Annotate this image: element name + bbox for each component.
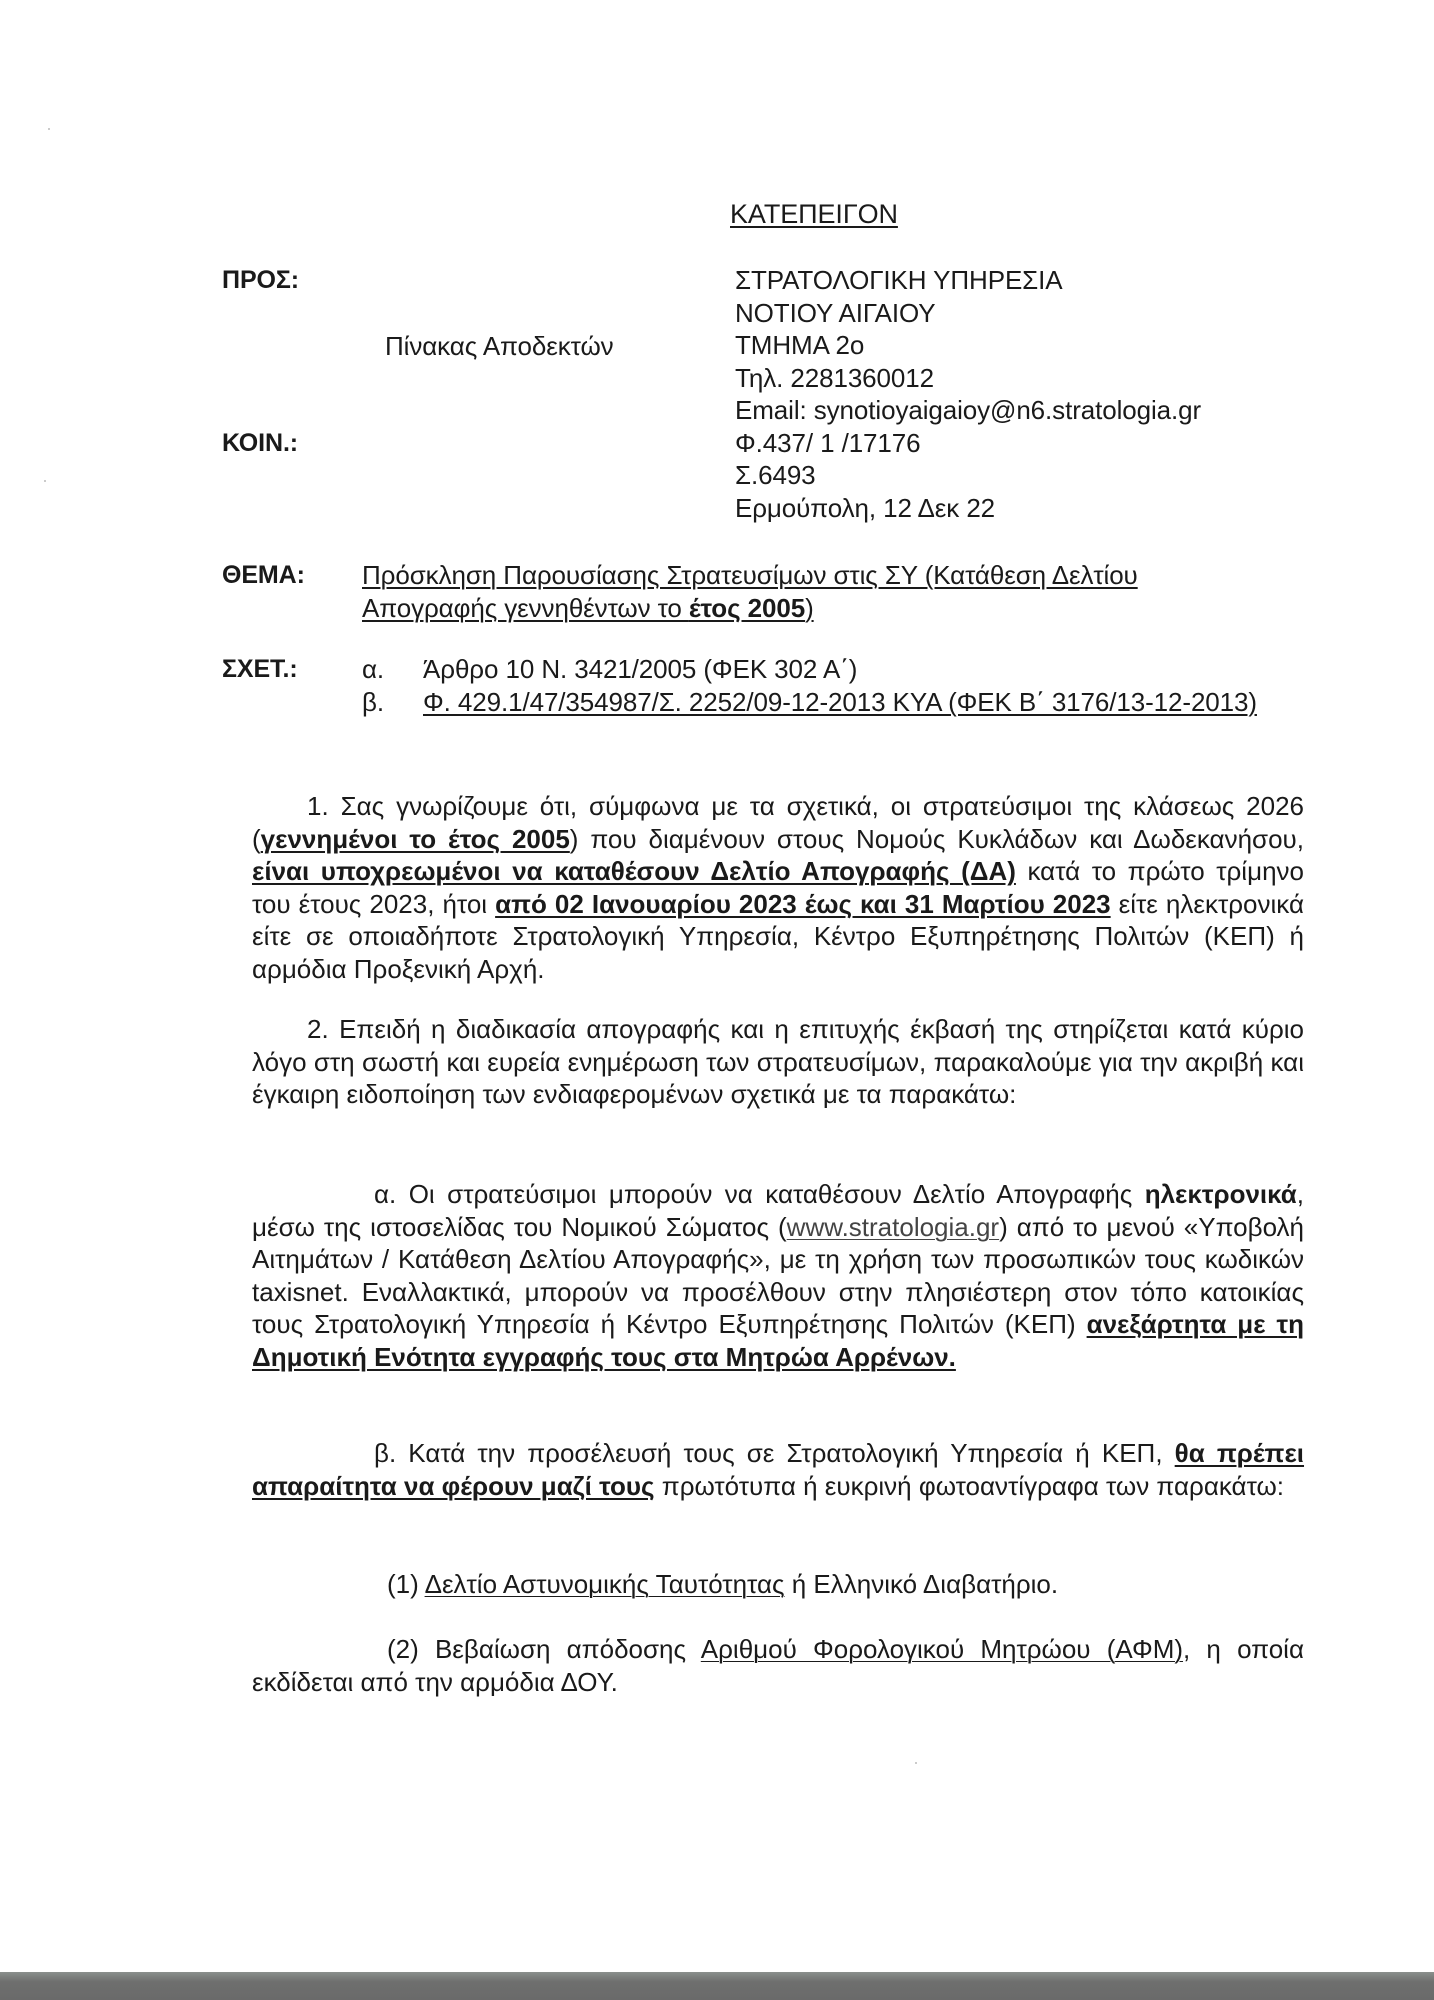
document-item-2: (2) Βεβαίωση απόδοσης Αριθμού Φορολογικο… (252, 1633, 1304, 1698)
text: ) που διαμένουν στους Νομούς Κυκλάδων κα… (570, 824, 1304, 854)
paragraph-a: α. Οι στρατεύσιμοι μπορούν να καταθέσουν… (252, 1178, 1304, 1374)
related-item-mark: β. (362, 686, 384, 718)
related-item-mark: α. (362, 653, 384, 685)
paragraph-1: 1. Σας γνωρίζουμε ότι, σύμφωνα με τα σχε… (252, 790, 1304, 986)
recipients-list: Πίνακας Αποδεκτών (385, 330, 614, 362)
paragraph-2: 2. Επειδή η διαδικασία απογραφής και η ε… (252, 1013, 1304, 1111)
sender-department: ΤΜΗΜΑ 2ο (735, 329, 1201, 362)
sender-region: ΝΟΤΙΟΥ ΑΙΓΑΙΟΥ (735, 297, 1201, 330)
subject-year: έτος 2005 (689, 593, 805, 623)
sender-service: ΣΤΡΑΤΟΛΟΓΙΚΗ ΥΠΗΡΕΣΙΑ (735, 264, 1201, 297)
subject-text-part2: ) (805, 593, 814, 623)
text: α. Οι στρατεύσιμοι μπορούν να καταθέσουν… (374, 1179, 1145, 1209)
paragraph-b: β. Κατά την προσέλευσή τους σε Στρατολογ… (252, 1437, 1304, 1502)
text: β. Κατά την προσέλευσή τους σε Στρατολογ… (374, 1438, 1175, 1468)
id-card: Δελτίο Αστυνομικής Ταυτότητας (425, 1569, 785, 1599)
sender-block: ΣΤΡΑΤΟΛΟΓΙΚΗ ΥΠΗΡΕΣΙΑ ΝΟΤΙΟΥ ΑΙΓΑΙΟΥ ΤΜΗ… (735, 264, 1201, 524)
text: ή Ελληνικό Διαβατήριο. (785, 1569, 1059, 1599)
subject-label: ΘΕΜΑ: (222, 559, 305, 591)
emphasis-birth-year: γεννημένοι το έτος 2005 (261, 824, 570, 854)
related-item-law: Άρθρο 10 Ν. 3421/2005 (ΦΕΚ 302 Α΄) (423, 653, 1263, 686)
text: πρωτότυπα ή ευκρινή φωτοαντίγραφα των πα… (655, 1471, 1284, 1501)
place-date: Ερμούπολη, 12 Δεκ 22 (735, 492, 1201, 525)
emphasis-electronically: ηλεκτρονικά (1145, 1179, 1297, 1209)
to-label: ΠΡΟΣ: (222, 264, 299, 296)
related-label: ΣΧΕΤ.: (222, 653, 298, 685)
item-number: (1) (387, 1569, 425, 1599)
related-item-decision: Φ. 429.1/47/354987/Σ. 2252/09-12-2013 ΚΥ… (423, 686, 1263, 719)
scanner-edge-band (0, 1972, 1434, 2000)
cc-label: ΚΟΙΝ.: (222, 427, 298, 459)
file-reference: Φ.437/ 1 /17176 (735, 427, 1201, 460)
sender-email: Email: synotioyaigaioy@n6.stratologia.gr (735, 394, 1201, 427)
urgent-heading: ΚΑΤΕΠΕΙΓΟΝ (730, 198, 898, 230)
scan-speck (48, 128, 50, 130)
emphasis-deadline: από 02 Ιανουαρίου 2023 έως και 31 Μαρτίο… (495, 889, 1111, 919)
scan-speck (44, 480, 46, 482)
stratologia-link[interactable]: www.stratologia.gr (787, 1212, 999, 1242)
sender-phone: Τηλ. 2281360012 (735, 362, 1201, 395)
item-number: (2) Βεβαίωση απόδοσης (387, 1634, 701, 1664)
scan-speck (915, 1762, 917, 1764)
subject-text: Πρόσκληση Παρουσίασης Στρατευσίμων στις … (362, 559, 1262, 624)
emphasis-obligation: είναι υποχρεωμένοι να καταθέσουν Δελτίο … (252, 856, 1016, 886)
tax-number: Αριθμού Φορολογικού Μητρώου (ΑΦΜ) (701, 1634, 1183, 1664)
protocol-number: Σ.6493 (735, 459, 1201, 492)
document-item-1: (1) Δελτίο Αστυνομικής Ταυτότητας ή Ελλη… (252, 1568, 1304, 1601)
